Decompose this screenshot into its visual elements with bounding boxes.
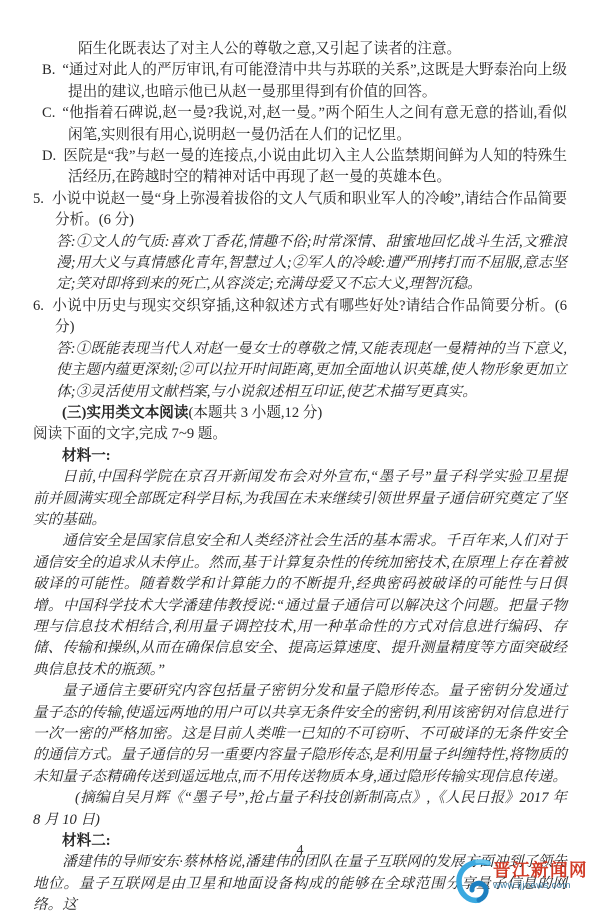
option-b-label: B. — [42, 62, 62, 78]
reading-intro: 阅读下面的文字,完成 7~9 题。 — [33, 424, 567, 445]
option-b-text: “通过对此人的严厉审讯,有可能澄清中共与苏联的关系”,这既是大野泰治向上级提出的… — [62, 62, 567, 99]
option-d-label: D. — [42, 148, 63, 164]
section-heading-title: (三)实用类文本阅读 — [62, 405, 188, 421]
material-1-citation: (摘编自吴月辉《“墨子号”,抢占量子科技创新制高点》,《人民日报》2017 年 … — [33, 790, 567, 827]
question-6: 6.小说中历史与现实交织穿插,这种叙述方式有哪些好处?请结合作品简要分析。(6 … — [33, 296, 567, 339]
material-1-paragraph-1: 日前,中国科学院在京召开新闻发布会对外宣布,“墨子号”量子科学实验卫星提前并圆满… — [33, 467, 567, 531]
material-1-paragraph-2: 通信安全是国家信息安全和人类经济社会生活的基本需求。千百年来,人们对于通信安全的… — [33, 531, 567, 681]
site-logo: 晋江新闻网 www.ijjnews.com — [455, 857, 588, 905]
question-5-text: 小说中说赵一曼“身上弥漫着拔俗的文人气质和职业军人的冷峻”,请结合作品简要分析。… — [52, 191, 567, 228]
exam-paper-page: 陌生化既表达了对主人公的尊敬之意,又引起了读者的注意。 B.“通过对此人的严厉审… — [0, 0, 600, 918]
option-d: D.医院是“我”与赵一曼的连接点,小说由此切入主人公监禁期间鲜为人知的特殊生活经… — [33, 146, 567, 189]
logo-site-url: www.ijjnews.com — [493, 880, 588, 892]
question-5: 5.小说中说赵一曼“身上弥漫着拔俗的文人气质和职业军人的冷峻”,请结合作品简要分… — [33, 189, 567, 232]
logo-swirl-icon — [455, 857, 491, 905]
question-5-number: 5. — [33, 191, 52, 207]
material-1-paragraph-3-text: 量子通信主要研究内容包括量子密钥分发和量子隐形传态。量子密钥分发通过量子态的传输… — [33, 683, 567, 785]
logo-text-block: 晋江新闻网 www.ijjnews.com — [493, 857, 588, 892]
text-column: 陌生化既表达了对主人公的尊敬之意,又引起了读者的注意。 B.“通过对此人的严厉审… — [33, 39, 567, 917]
option-c-text: “他指着石碑说,赵一曼?我说,对,赵一曼。”两个陌生人之间有意无意的搭讪,看似闲… — [62, 105, 567, 142]
question-6-text: 小说中历史与现实交织穿插,这种叙述方式有哪些好处?请结合作品简要分析。(6 分) — [52, 298, 567, 335]
section-heading-note: (本题共 3 小题,12 分) — [188, 405, 322, 421]
material-1-title: 材料一: — [33, 446, 567, 467]
option-c-label: C. — [42, 105, 62, 121]
option-a-continuation: 陌生化既表达了对主人公的尊敬之意,又引起了读者的注意。 — [33, 39, 567, 60]
logo-site-name: 晋江新闻网 — [493, 860, 588, 880]
section-heading: (三)实用类文本阅读(本题共 3 小题,12 分) — [33, 403, 567, 424]
option-d-text: 医院是“我”与赵一曼的连接点,小说由此切入主人公监禁期间鲜为人知的特殊生活经历,… — [63, 148, 567, 185]
answer-5: 答:①文人的气质:喜欢丁香花,情趣不俗;时常深情、甜蜜地回忆战斗生活,文雅浪漫;… — [33, 232, 567, 296]
option-c: C.“他指着石碑说,赵一曼?我说,对,赵一曼。”两个陌生人之间有意无意的搭讪,看… — [33, 103, 567, 146]
material-1-paragraph-3: 量子通信主要研究内容包括量子密钥分发和量子隐形传态。量子密钥分发通过量子态的传输… — [33, 681, 567, 831]
option-b: B.“通过对此人的严厉审讯,有可能澄清中共与苏联的关系”,这既是大野泰治向上级提… — [33, 60, 567, 103]
question-6-number: 6. — [33, 298, 52, 314]
answer-6: 答:①既能表现当代人对赵一曼女士的尊敬之情,又能表现赵一曼精神的当下意义,使主题… — [33, 339, 567, 403]
